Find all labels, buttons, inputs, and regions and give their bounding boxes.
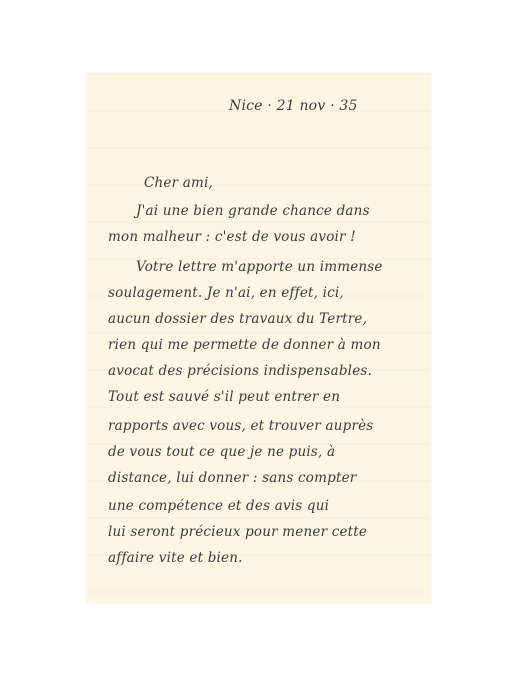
letter-line: affaire vite et bien. bbox=[108, 550, 243, 566]
letter-line: rapports avec vous, et trouver auprès bbox=[108, 418, 373, 434]
letter-salutation: Cher ami, bbox=[144, 175, 213, 191]
letter-dateline: Nice · 21 nov · 35 bbox=[229, 98, 358, 114]
letter-line: aucun dossier des travaux du Tertre, bbox=[108, 311, 367, 327]
letter-line: J'ai une bien grande chance dans bbox=[136, 203, 370, 219]
letter-line: distance, lui donner : sans compter bbox=[108, 470, 356, 486]
letter-line: Votre lettre m'apporte un immense bbox=[136, 259, 383, 275]
letter-line: de vous tout ce que je ne puis, à bbox=[108, 444, 335, 460]
letter-line: une compétence et des avis qui bbox=[108, 498, 329, 514]
letter-line: lui seront précieux pour mener cette bbox=[108, 524, 367, 540]
letter-line: soulagement. Je n'ai, en effet, ici, bbox=[108, 285, 344, 301]
letter-line: Tout est sauvé s'il peut entrer en bbox=[108, 389, 340, 405]
letter-page: Nice · 21 nov · 35 Cher ami, J'ai une bi… bbox=[86, 73, 431, 603]
letter-line: rien qui me permette de donner à mon bbox=[108, 337, 381, 353]
letter-line: mon malheur : c'est de vous avoir ! bbox=[108, 229, 356, 245]
letter-line: avocat des précisions indispensables. bbox=[108, 363, 372, 379]
